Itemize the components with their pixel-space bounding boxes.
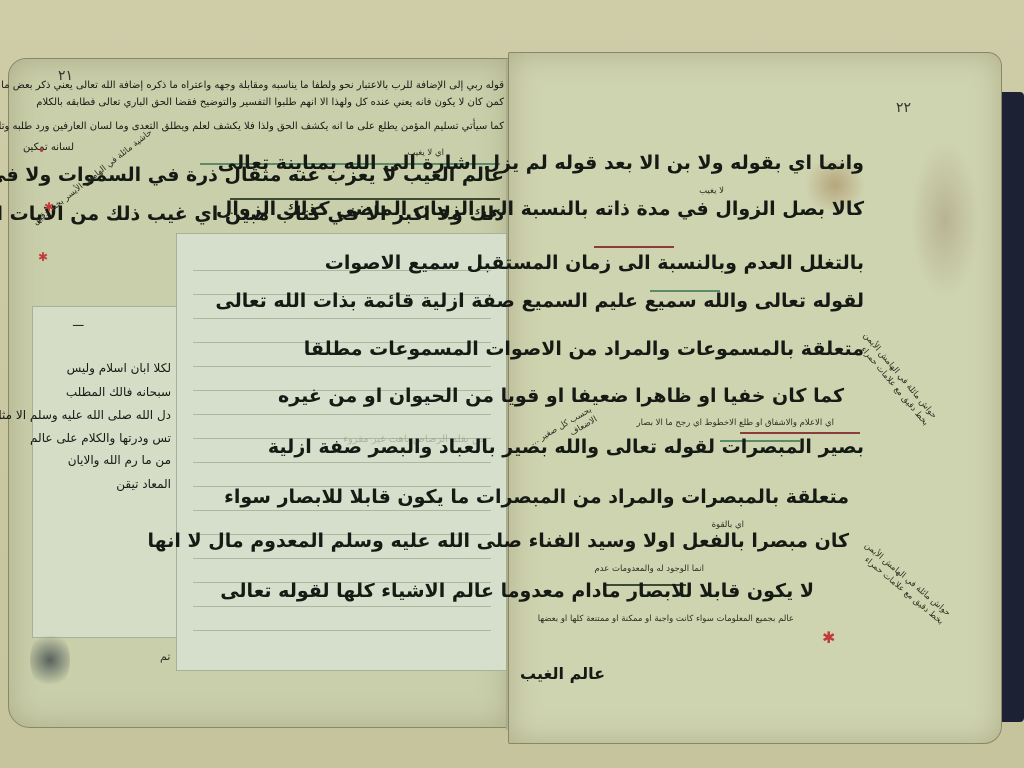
pencil-line	[193, 510, 491, 511]
right-main-line-4: لقوله تعالى والله سميع عليم السميع صفة ا…	[215, 290, 864, 312]
right-main-line-10: لا يكون قابلا للابصار مادام معدوما عالم …	[220, 580, 814, 602]
slip-line-6: المعاد تيقن	[116, 477, 171, 491]
pencil-line	[193, 606, 491, 607]
right-main-line-2: كالا بصل الزوال في مدة ذاته بالنسبة الى …	[216, 198, 864, 220]
left-header-line-3: كما سيأتي تسليم المؤمن يطلع على ما انه ي…	[0, 121, 504, 132]
right-interlinear-note-4: انما الوجود له والمعدومات عدم	[594, 564, 704, 574]
pencil-line	[193, 414, 491, 415]
right-main-line-5: متعلقة بالمسموعات والمراد من الاصوات الم…	[304, 338, 864, 360]
slip-line-3: دل الله صلى الله عليه وسلم الا مثل	[0, 408, 171, 422]
slip-mark: ـــ	[73, 315, 84, 329]
bottom-mark: تم	[160, 650, 170, 663]
water-stain	[910, 140, 980, 300]
pencil-line	[193, 318, 491, 319]
right-main-line-1: وانما اي بقوله ولا بن الا بعد قوله لم يز…	[218, 152, 864, 174]
slip-line-4: تس ودرتها والكلام على عالم	[30, 431, 171, 445]
left-header-line-1: قوله ربي إلى الإضافة للرب بالاعتبار نحو …	[0, 80, 504, 91]
pencil-line	[193, 630, 491, 631]
left-header-line-2: كمن كان لا يكون فانه يعني عنده كل ولهذا …	[36, 97, 504, 108]
slip-line-5: من ما رم الله والايان	[68, 453, 171, 467]
right-main-line-6: كما كان خفيا او ظاهرا ضعيفا او قويا من ا…	[278, 385, 844, 407]
red-asterisk-mark: ✱	[44, 200, 54, 214]
red-rubric-mark: •	[38, 144, 45, 158]
right-interlinear-note-1: لا يغيب	[699, 186, 724, 196]
right-interlinear-note-3: اي بالقوة	[712, 520, 744, 530]
pencil-line	[193, 558, 491, 559]
right-interlinear-note-2: اي الاعلام والاشفاق او طلع الاخطوط اي رج…	[637, 418, 834, 428]
right-main-line-8: متعلقة بالمبصرات والمراد من المبصرات ما …	[224, 486, 849, 508]
pencil-line	[193, 366, 491, 367]
red-overline	[740, 432, 860, 434]
catchword: عالم الغيب	[520, 664, 605, 683]
slip-line-2: سبحانه فالك المطلب	[66, 385, 171, 399]
slip-line-1: لكلا ابان اسلام وليس	[67, 361, 171, 375]
right-main-line-3: بالتغلل العدم وبالنسبة الى زمان المستقبل…	[325, 252, 864, 274]
pasted-paper-slip-small: ـــ لكلا ابان اسلام وليس سبحانه فالك الم…	[32, 306, 184, 638]
ink-blot	[30, 630, 70, 690]
red-asterisk-mark: ✱	[38, 250, 48, 264]
right-main-line-9: كان مبصرا بالفعل اولا وسيد الفناء صلى ال…	[148, 530, 849, 552]
red-overline	[594, 246, 674, 248]
right-interlinear-note-5: عالم بجميع المعلومات سواء كانت واجبة او …	[538, 614, 794, 624]
red-rubric-mark: ✱	[822, 628, 835, 647]
right-folio-number: ٢٢	[896, 100, 911, 116]
open-manuscript: ٢١ قوله ربي إلى الإضافة للرب بالاعتبار ن…	[0, 0, 1024, 768]
left-header-line-4: لسانه تمكين	[23, 142, 74, 153]
pencil-line	[193, 462, 491, 463]
